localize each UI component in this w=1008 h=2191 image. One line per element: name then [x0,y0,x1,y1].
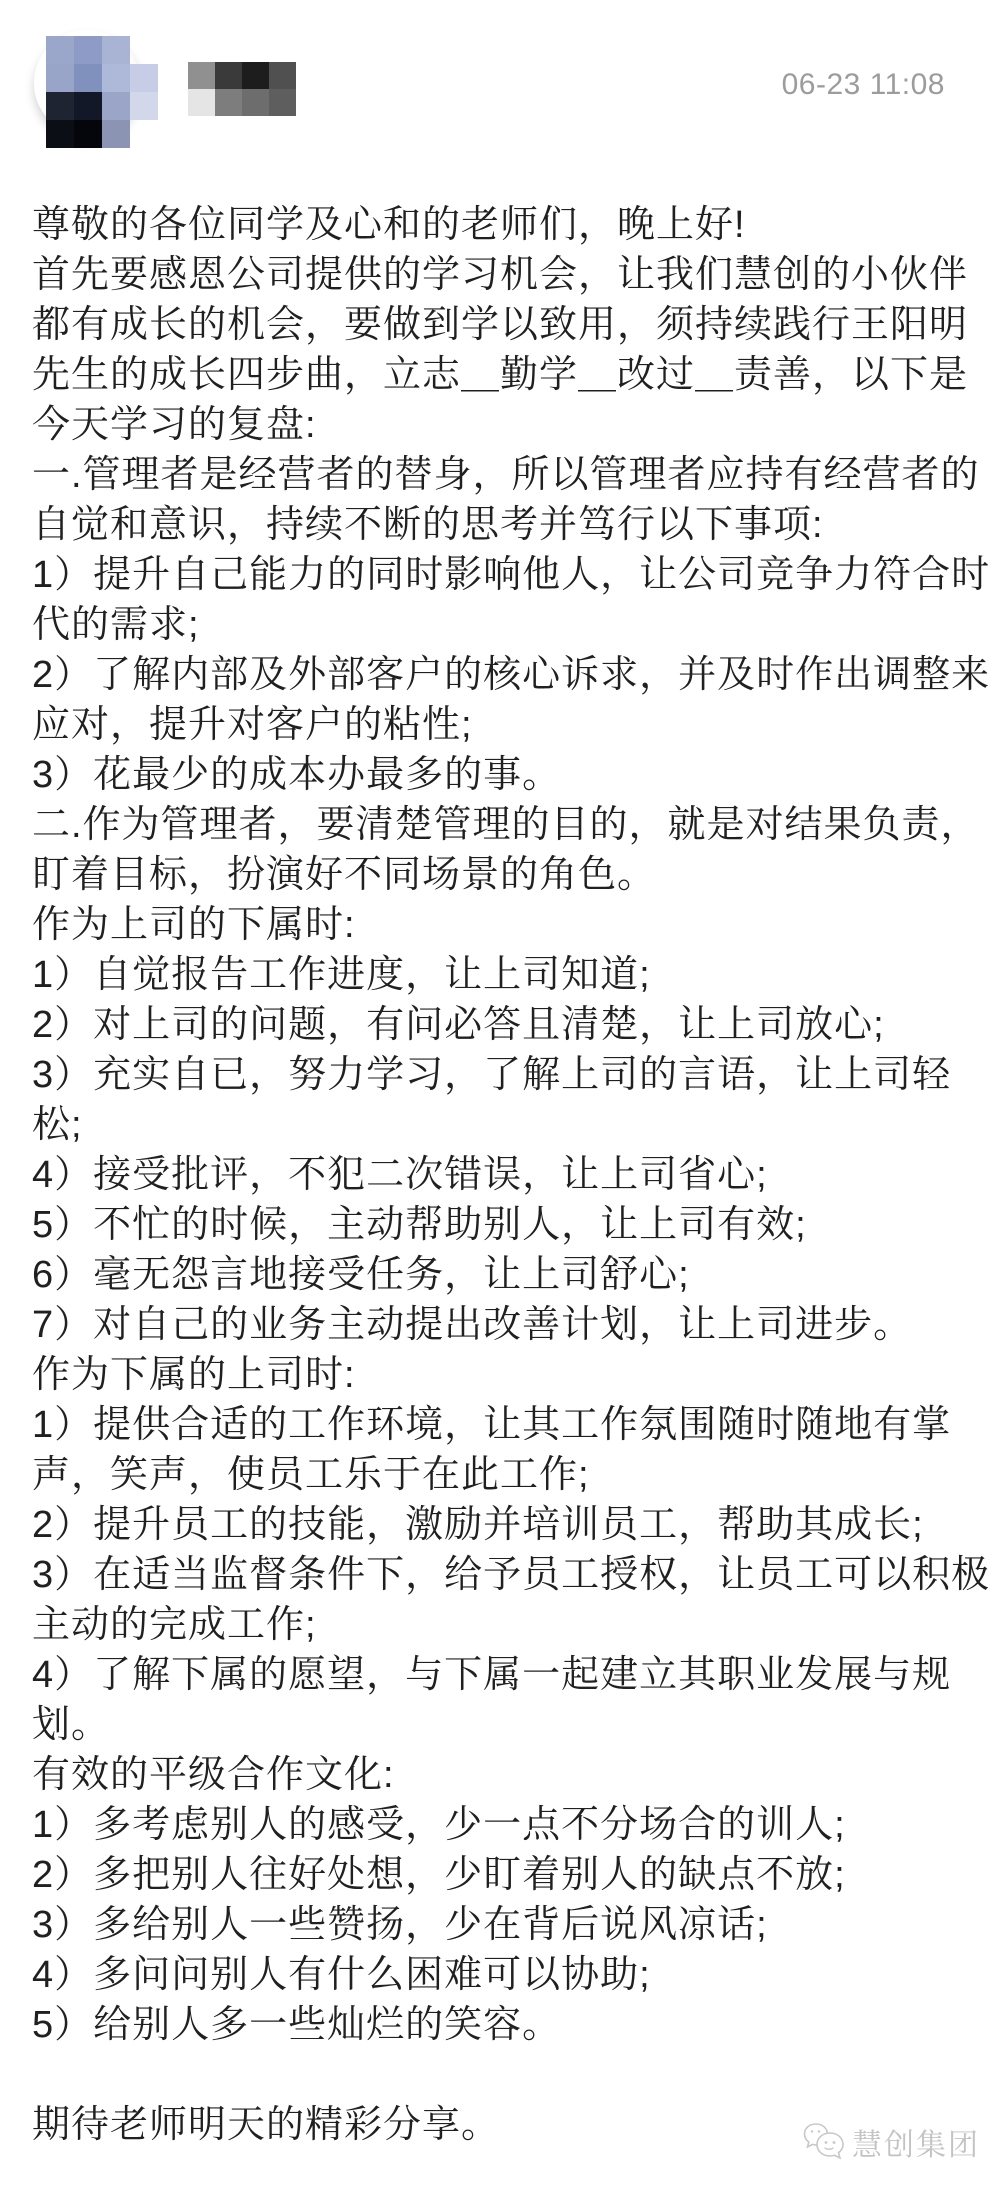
post-text-line: 1）自觉报告工作进度，让上司知道; [32,950,988,1000]
mosaic-cell [102,92,130,120]
post-text-line: 声，笑声，使员工乐于在此工作; [32,1450,988,1500]
post-text-line: 作为下属的上司时: [32,1350,988,1400]
avatar[interactable] [30,28,162,150]
mosaic-cell [242,62,269,89]
mosaic-cell [46,36,74,64]
post-text-line: 主动的完成工作; [32,1600,988,1650]
brand-watermark-text: 慧创集团 [852,2120,980,2164]
post-header: 06-23 11:08 [0,0,1008,160]
post-text-line: 6）毫无怨言地接受任务，让上司舒心; [32,1250,988,1300]
post-text-line: 都有成长的机会，要做到学以致用，须持续践行王阳明 [32,300,988,350]
post-text-line: 松; [32,1100,988,1150]
mosaic-cell [188,89,215,116]
post-card: 06-23 11:08 尊敬的各位同学及心和的老师们，晚上好!首先要感恩公司提供… [0,0,1008,2191]
post-text-line: 1）提升自己能力的同时影响他人，让公司竞争力符合时 [32,550,988,600]
post-body: 尊敬的各位同学及心和的老师们，晚上好!首先要感恩公司提供的学习机会，让我们慧创的… [32,200,988,2150]
username-pixelated[interactable] [188,62,296,116]
post-text-line: 3）花最少的成本办最多的事。 [32,750,988,800]
mosaic-cell [74,92,102,120]
post-text-line [32,2050,988,2100]
post-text-line: 1）多考虑别人的感受，少一点不分场合的训人; [32,1800,988,1850]
post-text-line: 3）在适当监督条件下，给予员工授权，让员工可以积极 [32,1550,988,1600]
mosaic-cell [269,89,296,116]
post-text-line: 首先要感恩公司提供的学习机会，让我们慧创的小伙伴 [32,250,988,300]
mosaic-cell [102,36,130,64]
post-text-line: 作为上司的下属时: [32,900,988,950]
mosaic-cell [74,36,102,64]
mosaic-cell [102,120,130,148]
post-text-line: 应对，提升对客户的粘性; [32,700,988,750]
post-text-line: 4）接受批评，不犯二次错误，让上司省心; [32,1150,988,1200]
post-text-line: 4）了解下属的愿望，与下属一起建立其职业发展与规 [32,1650,988,1700]
post-text-line: 二.作为管理者，要清楚管理的目的，就是对结果负责， [32,800,988,850]
post-text-line: 尊敬的各位同学及心和的老师们，晚上好! [32,200,988,250]
post-text-line: 2）了解内部及外部客户的核心诉求，并及时作出调整来 [32,650,988,700]
avatar-pixelation-mosaic [46,36,158,148]
mosaic-cell [269,62,296,89]
post-text-line: 3）多给别人一些赞扬，少在背后说风凉话; [32,1900,988,1950]
post-text-line: 先生的成长四步曲，立志＿勤学＿改过＿责善，以下是 [32,350,988,400]
mosaic-cell [46,92,74,120]
post-text-line: 2）多把别人往好处想，少盯着别人的缺点不放; [32,1850,988,1900]
mosaic-cell [130,36,158,64]
post-text-line: 7）对自己的业务主动提出改善计划，让上司进步。 [32,1300,988,1350]
mosaic-cell [46,120,74,148]
post-text-line: 划。 [32,1700,988,1750]
post-text-line: 2）提升员工的技能，激励并培训员工，帮助其成长; [32,1500,988,1550]
post-text-line: 1）提供合适的工作环境，让其工作氛围随时随地有掌 [32,1400,988,1450]
brand-watermark: 慧创集团 [802,2120,980,2164]
post-text-line: 2）对上司的问题，有问必答且清楚，让上司放心; [32,1000,988,1050]
mosaic-cell [74,120,102,148]
mosaic-cell [130,92,158,120]
mosaic-cell [242,89,269,116]
chat-bubbles-icon [802,2121,846,2163]
mosaic-cell [215,89,242,116]
post-text-line: 代的需求; [32,600,988,650]
mosaic-cell [46,64,74,92]
mosaic-cell [188,62,215,89]
post-text-line: 一.管理者是经营者的替身，所以管理者应持有经营者的 [32,450,988,500]
post-text-line: 5）给别人多一些灿烂的笑容。 [32,2000,988,2050]
mosaic-cell [130,64,158,92]
timestamp: 06-23 11:08 [782,68,945,102]
post-text-line: 自觉和意识，持续不断的思考并笃行以下事项: [32,500,988,550]
post-text-line: 4）多问问别人有什么困难可以协助; [32,1950,988,2000]
mosaic-cell [74,64,102,92]
post-text-line: 3）充实自已，努力学习，了解上司的言语，让上司轻 [32,1050,988,1100]
mosaic-cell [102,64,130,92]
mosaic-cell [215,62,242,89]
post-text-line: 今天学习的复盘: [32,400,988,450]
post-text-line: 5）不忙的时候，主动帮助别人，让上司有效; [32,1200,988,1250]
mosaic-cell [130,120,158,148]
post-text-line: 有效的平级合作文化: [32,1750,988,1800]
post-text-line: 盯着目标，扮演好不同场景的角色。 [32,850,988,900]
